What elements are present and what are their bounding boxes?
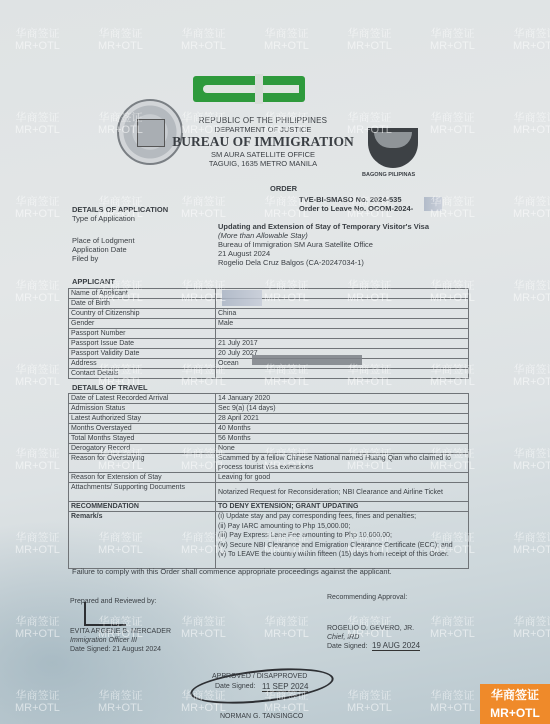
watermark-line1: 华商签证 [513, 616, 550, 628]
row-value: 56 Months [216, 434, 469, 444]
watermark-line2: MR+OTL [15, 460, 60, 472]
row-label: Passport Validity Date [69, 349, 216, 359]
table-row: Date of Latest Recorded Arrival14 Januar… [69, 394, 469, 404]
row-label: Country of Citizenship [69, 309, 216, 319]
order-reference-no: TVE-BI-SMASO No. 2024-535 [299, 195, 402, 204]
badge-line2: MR+OTL [480, 704, 550, 722]
watermark-line1: 华商签证 [264, 616, 309, 628]
watermark-line2: MR+OTL [513, 292, 550, 304]
remark-item: (iii) Pay Express Lane Fee amounting to … [218, 531, 462, 541]
lodgment-value: Bureau of Immigration SM Aura Satellite … [218, 240, 373, 249]
prepared-title: Immigration Officer III [70, 637, 137, 644]
watermark-line1: 华商签证 [15, 364, 60, 376]
table-row: Passport Number [69, 329, 469, 339]
approval-date-label: Date Signed: [215, 683, 255, 690]
badge-line1: 华商签证 [480, 686, 550, 704]
table-row: Attachments/ Supporting DocumentsNotariz… [69, 483, 469, 502]
watermark-line2: MR+OTL [15, 40, 60, 52]
header-office: SM AURA SATELLITE OFFICE [0, 150, 538, 159]
row-value: 21 July 2017 [216, 339, 469, 349]
applicant-table: Name of ApplicantDate of BirthCountry of… [68, 288, 469, 379]
approval-status: APPROVED / DISAPPROVED [212, 673, 307, 680]
prepared-date: Date Signed: 21 August 2024 [70, 646, 161, 653]
watermark-line1: 华商签证 [347, 28, 392, 40]
row-value: Scammed by a fellow Chinese National nam… [216, 454, 469, 473]
row-value [216, 329, 469, 339]
watermark: 华商签证MR+OTL [513, 280, 550, 304]
watermark-line2: MR+OTL [15, 208, 60, 220]
application-date-label: Application Date [72, 245, 127, 254]
prepared-name: EVITA ARGENE B. MERCADER [70, 628, 171, 635]
watermark: 华商签证MR+OTL [513, 28, 550, 52]
watermark-line2: MR+OTL [264, 40, 309, 52]
watermark: 华商签证MR+OTL [430, 28, 475, 52]
application-section-title: DETAILS OF APPLICATION [72, 205, 168, 214]
watermark: 华商签证MR+OTL [15, 196, 60, 220]
watermark-line1: 华商签证 [513, 28, 550, 40]
row-value: 28 April 2021 [216, 414, 469, 424]
row-value: 14 January 2020 [216, 394, 469, 404]
row-label: Derogatory Record [69, 444, 216, 454]
header-department: DEPARTMENT OF JUSTICE [0, 125, 538, 134]
watermark-line2: MR+OTL [181, 208, 226, 220]
row-label: Address [69, 359, 216, 369]
watermark-line1: 华商签证 [15, 196, 60, 208]
watermark-line2: MR+OTL [347, 40, 392, 52]
application-type-value: Updating and Extension of Stay of Tempor… [218, 222, 429, 231]
row-value: Male [216, 319, 469, 329]
row-value [216, 369, 469, 379]
row-label: Latest Authorized Stay [69, 414, 216, 424]
recommending-date-label: Date Signed: [327, 643, 367, 650]
remark-item: (iv) Secure NBI Clearance and Emigration… [218, 541, 462, 551]
watermark: 华商签证MR+OTL [15, 280, 60, 304]
watermark: 华商签证MR+OTL [513, 448, 550, 472]
redaction [252, 355, 362, 365]
filed-by-label: Filed by [72, 254, 98, 263]
watermark-line1: 华商签证 [15, 280, 60, 292]
watermark-line1: 华商签证 [181, 28, 226, 40]
watermark-line2: MR+OTL [98, 40, 143, 52]
row-label: Date of Latest Recorded Arrival [69, 394, 216, 404]
remarks-list: (i) Update stay and pay corresponding fe… [216, 512, 469, 569]
table-row: Admission StatusSec 9(a) (14 days) [69, 404, 469, 414]
row-label: Passport Issue Date [69, 339, 216, 349]
recommending-date: 19 AUG 2024 [372, 641, 420, 651]
watermark: 华商签证MR+OTL [15, 364, 60, 388]
watermark: 华商签证MR+OTL [98, 28, 143, 52]
watermark-line1: 华商签证 [513, 448, 550, 460]
watermark: 华商签证MR+OTL [264, 28, 309, 52]
table-row: GenderMale [69, 319, 469, 329]
watermark-line1: 华商签证 [15, 448, 60, 460]
watermark-line2: MR+OTL [264, 628, 309, 640]
approval-date: 11 SEP 2024 [262, 682, 308, 692]
watermark: 华商签证MR+OTL [181, 196, 226, 220]
redaction [222, 290, 262, 306]
recommending-caption: Recommending Approval: [327, 594, 407, 601]
remark-item: (v) To LEAVE the country within fifteen … [218, 550, 462, 560]
application-type-label: Type of Application [72, 214, 135, 223]
row-label: Reason for Extension of Stay [69, 473, 216, 483]
watermark-line2: MR+OTL [513, 208, 550, 220]
recommending-title: Chief, IRD [327, 634, 359, 641]
application-type-note: (More than Allowable Stay) [218, 231, 308, 240]
watermark-line1: 华商签证 [430, 690, 475, 702]
row-label: Date of Birth [69, 299, 216, 309]
watermark: 华商签证MR+OTL [513, 196, 550, 220]
bagong-pilipinas-caption: BAGONG PILIPINAS [362, 172, 415, 178]
table-row: Name of Applicant [69, 289, 469, 299]
table-row: Derogatory RecordNone [69, 444, 469, 454]
lodgment-label: Place of Lodgment [72, 236, 135, 245]
application-date-value: 21 August 2024 [218, 249, 270, 258]
watermark-line1: 华商签证 [513, 364, 550, 376]
row-label: Contact Details [69, 369, 216, 379]
travel-table: Date of Latest Recorded Arrival14 Januar… [68, 393, 469, 569]
watermark-line2: MR+OTL [430, 702, 475, 714]
watermark-line1: 华商签证 [513, 196, 550, 208]
watermark: 华商签证MR+OTL [513, 616, 550, 640]
recommendation-value: TO DENY EXTENSION; GRANT UPDATING [216, 502, 469, 512]
watermark: 华商签证MR+OTL [347, 28, 392, 52]
table-row: Contact Details [69, 369, 469, 379]
leave-order-no: Order to Leave No. OCOM-2024- [299, 204, 413, 213]
watermark-line2: MR+OTL [181, 40, 226, 52]
row-label: Admission Status [69, 404, 216, 414]
row-value: 40 Months [216, 424, 469, 434]
table-row: RECOMMENDATION TO DENY EXTENSION; GRANT … [69, 502, 469, 512]
header-address: TAGUIG, 1635 METRO MANILA [0, 159, 538, 168]
watermark-line2: MR+OTL [513, 628, 550, 640]
row-value: Leaving for good [216, 473, 469, 483]
watermark-line1: 华商签证 [181, 196, 226, 208]
watermark-line2: MR+OTL [513, 40, 550, 52]
filed-by-value: Rogelio Dela Cruz Balgos (CA-20247034-1) [218, 258, 364, 267]
row-label: Name of Applicant [69, 289, 216, 299]
redaction [424, 197, 442, 211]
watermark-line1: 华商签证 [430, 28, 475, 40]
row-label: Attachments/ Supporting Documents [69, 483, 216, 502]
watermark-line2: MR+OTL [513, 544, 550, 556]
row-label: Gender [69, 319, 216, 329]
watermark: 华商签证MR+OTL [181, 28, 226, 52]
watermark-line2: MR+OTL [513, 376, 550, 388]
remarks-label: Remark/s [69, 512, 216, 569]
row-label: Months Overstayed [69, 424, 216, 434]
watermark-line1: 华商签证 [347, 690, 392, 702]
table-row: Months Overstayed40 Months [69, 424, 469, 434]
row-label: Reason for Overstaying [69, 454, 216, 473]
remark-item: (ii) Pay IARC amounting to Php 15,000.00… [218, 522, 462, 532]
applicant-section-title: APPLICANT [72, 277, 115, 286]
watermark-line2: MR+OTL [15, 376, 60, 388]
signature-scribble [84, 602, 126, 626]
watermark-line1: 华商签证 [264, 28, 309, 40]
watermark: 华商签证MR+OTL [430, 616, 475, 640]
watermark-line1: 华商签证 [15, 28, 60, 40]
watermark: 华商签证MR+OTL [15, 448, 60, 472]
watermark: 华商签证MR+OTL [430, 690, 475, 714]
recommending-name: ROGELIO D. GEVERO, JR. [327, 625, 414, 632]
green-header-graphic [193, 76, 305, 102]
watermark-line2: MR+OTL [430, 40, 475, 52]
watermark: 华商签证MR+OTL [347, 690, 392, 714]
corner-brand-badge: 华商签证 MR+OTL [480, 684, 550, 724]
watermark-line2: MR+OTL [513, 460, 550, 472]
footer-notice: Failure to comply with this Order shall … [72, 567, 392, 576]
watermark-line1: 华商签证 [98, 28, 143, 40]
row-value: None [216, 444, 469, 454]
watermark-line1: 华商签证 [513, 532, 550, 544]
watermark-line2: MR+OTL [15, 292, 60, 304]
row-value: Sec 9(a) (14 days) [216, 404, 469, 414]
travel-section-title: DETAILS OF TRAVEL [72, 383, 148, 392]
watermark: 华商签证MR+OTL [513, 532, 550, 556]
table-row: Reason for OverstayingScammed by a fello… [69, 454, 469, 473]
watermark: 华商签证MR+OTL [15, 28, 60, 52]
table-row: Country of CitizenshipChina [69, 309, 469, 319]
table-row: Latest Authorized Stay28 April 2021 [69, 414, 469, 424]
recommendation-label: RECOMMENDATION [69, 502, 216, 512]
table-row: Reason for Extension of StayLeaving for … [69, 473, 469, 483]
watermark-line1: 华商签证 [513, 280, 550, 292]
table-row: Total Months Stayed56 Months [69, 434, 469, 444]
row-label: Total Months Stayed [69, 434, 216, 444]
header-republic: REPUBLIC OF THE PHILIPPINES [0, 116, 538, 125]
header-agency: BUREAU OF IMMIGRATION [0, 134, 538, 150]
row-value: China [216, 309, 469, 319]
row-label: Passport Number [69, 329, 216, 339]
watermark: 华商签证MR+OTL [513, 364, 550, 388]
watermark-line1: 华商签证 [430, 616, 475, 628]
remark-item: (i) Update stay and pay corresponding fe… [218, 512, 462, 522]
table-row: Passport Issue Date21 July 2017 [69, 339, 469, 349]
table-row: Remark/s (i) Update stay and pay corresp… [69, 512, 469, 569]
order-title: ORDER [270, 184, 297, 193]
watermark-line2: MR+OTL [347, 702, 392, 714]
approval-name: NORMAN G. TANSINGCO [220, 713, 303, 720]
row-value: Notarized Request for Reconsideration; N… [216, 483, 469, 502]
watermark-line2: MR+OTL [430, 628, 475, 640]
table-row: Date of Birth [69, 299, 469, 309]
watermark: 华商签证MR+OTL [264, 616, 309, 640]
